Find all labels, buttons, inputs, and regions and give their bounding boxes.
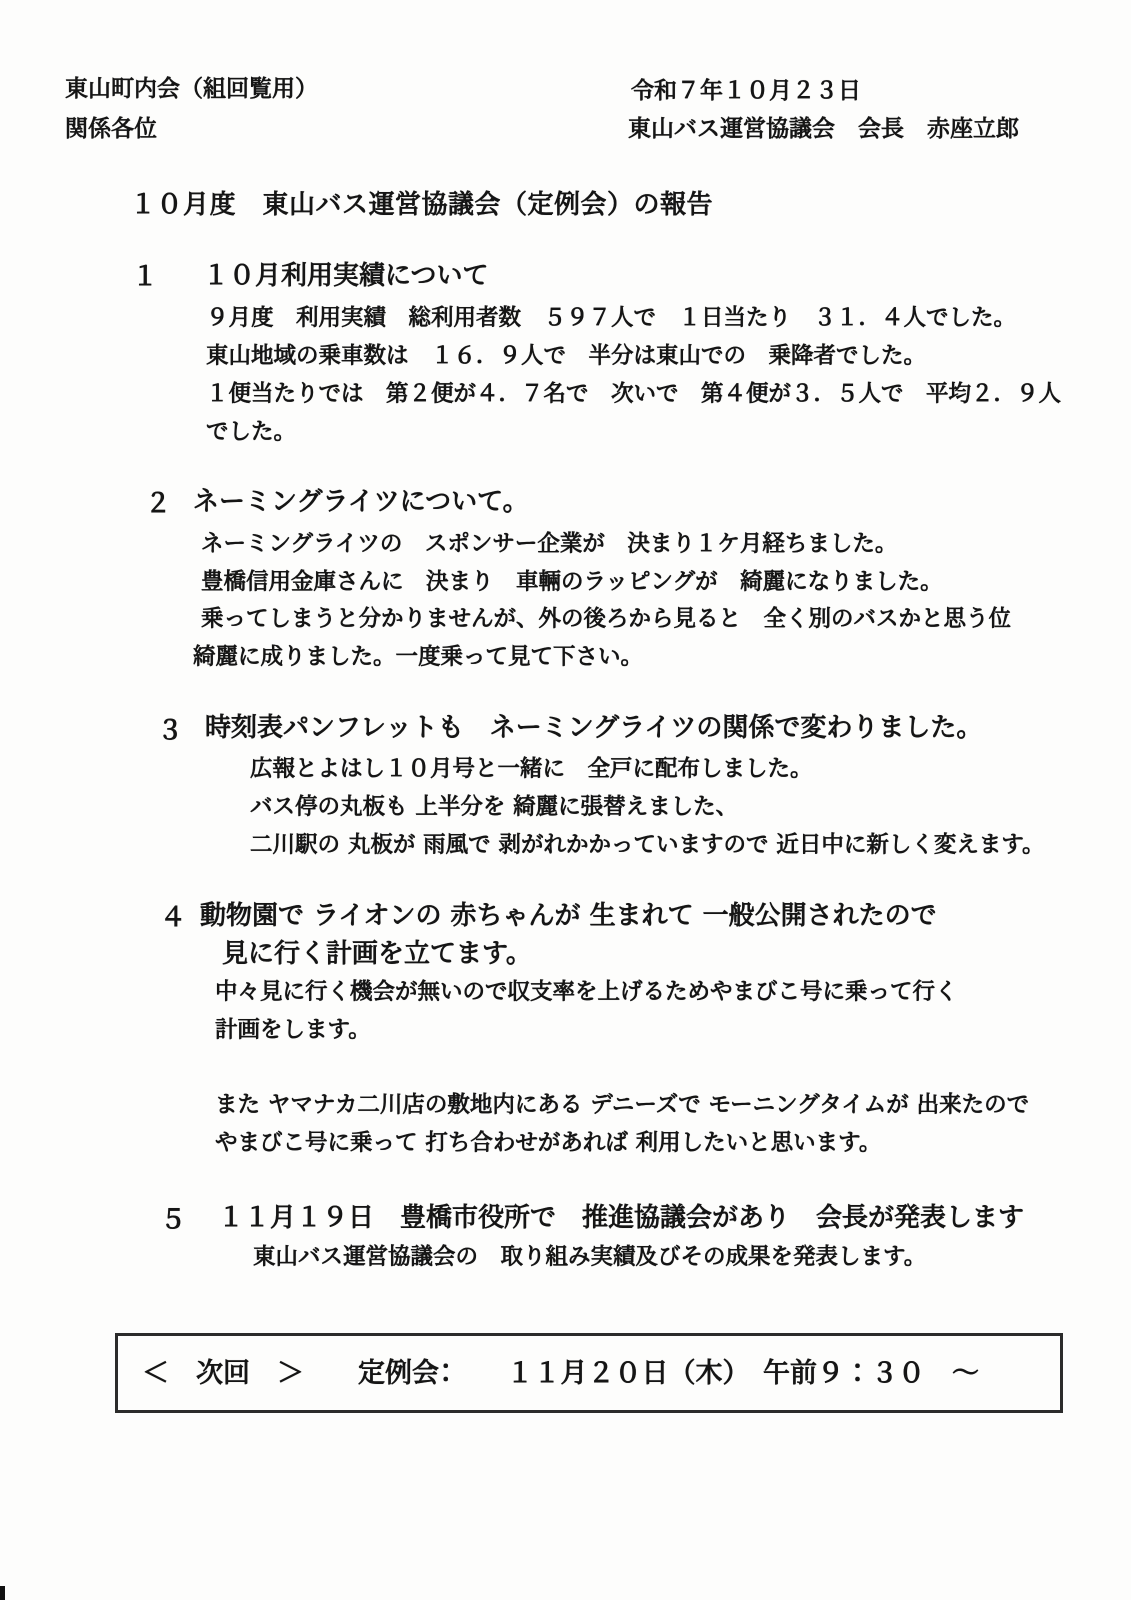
section-4-body-line: 計画をします。 <box>215 1017 371 1044</box>
section-4-heading: 動物園で ライオンの 赤ちゃんが 生まれて 一般公開されたので <box>200 901 937 932</box>
recipient-all-line: 関係各位 <box>65 116 157 144</box>
scanned-document-page: 東山町内会（組回覧用） 関係各位 令和７年１０月２３日 東山バス運営協議会 会長… <box>0 0 1131 1600</box>
section-1-body-line: でした。 <box>206 419 296 446</box>
section-1-heading: １０月利用実績について <box>203 261 488 292</box>
recipient-group-line: 東山町内会（組回覧用） <box>65 76 318 104</box>
scan-artifact-mark <box>0 1586 5 1600</box>
section-5-body-line: 東山バス運営協議会の 取り組み実績及びその成果を発表します。 <box>253 1244 926 1271</box>
section-4-body-line: また ヤマナカ二川店の敷地内にある デニーズで モーニングタイムが 出来たので <box>215 1092 1029 1119</box>
section-2-body-line: ネーミングライツの スポンサー企業が 決まり１ケ月経ちました。 <box>201 531 897 558</box>
section-5-heading: １１月１９日 豊橋市役所で 推進協議会があり 会長が発表します <box>218 1203 1024 1234</box>
section-4-heading-line2: 見に行く計画を立てます。 <box>222 939 532 970</box>
sender-line: 東山バス運営協議会 会長 赤座立郎 <box>628 116 1019 144</box>
section-2-body-line: 乗ってしまうと分かりませんが、外の後ろから見ると 全く別のバスかと思う位 <box>201 606 1011 633</box>
section-1-body-line: ９月度 利用実績 総利用者数 ５９７人で １日当たり ３１．４人でした。 <box>206 305 1016 332</box>
section-5-number: ５ <box>160 1205 186 1236</box>
section-4-body-line: やまびこ号に乗って 打ち合わせがあれば 利用したいと思います。 <box>215 1130 881 1157</box>
date-line: 令和７年１０月２３日 <box>631 78 861 106</box>
next-meeting-text: ＜ 次回 ＞ 定例会： １１月２０日（木） 午前９：３０ ～ <box>142 1351 979 1390</box>
section-3-body-line: バス停の丸板も 上半分を 綺麗に張替えました、 <box>250 794 738 821</box>
next-meeting-box: ＜ 次回 ＞ 定例会： １１月２０日（木） 午前９：３０ ～ <box>115 1333 1063 1413</box>
section-4-number: ４ <box>160 903 186 934</box>
section-1-body-line: １便当たりでは 第２便が４．７名で 次いで 第４便が３．５人で 平均２．９人 <box>206 381 1061 408</box>
document-title: １０月度 東山バス運営協議会（定例会）の報告 <box>130 190 713 221</box>
section-4-body-line: 中々見に行く機会が無いので収支率を上げるためやまびこ号に乗って行く <box>215 979 958 1006</box>
section-2-body-line: 綺麗に成りました。一度乗って見て下さい。 <box>193 644 643 671</box>
section-1-number: １ <box>132 262 158 293</box>
section-3-body-line: 二川駅の 丸板が 雨風で 剥がれかかっていますので 近日中に新しく変えます。 <box>250 832 1045 859</box>
section-1-body-line: 東山地域の乗車数は １６．９人で 半分は東山での 乗降者でした。 <box>206 343 926 370</box>
section-3-heading: 時刻表パンフレットも ネーミングライツの関係で変わりました。 <box>205 713 982 744</box>
section-2-number: ２ <box>145 489 171 520</box>
section-3-body-line: 広報とよはし１０月号と一緒に 全戸に配布しました。 <box>250 756 813 783</box>
section-3-number: ３ <box>157 716 183 747</box>
section-2-body-line: 豊橋信用金庫さんに 決まり 車輛のラッピングが 綺麗になりました。 <box>201 569 943 596</box>
section-2-heading: ネーミングライツについて。 <box>193 487 529 518</box>
